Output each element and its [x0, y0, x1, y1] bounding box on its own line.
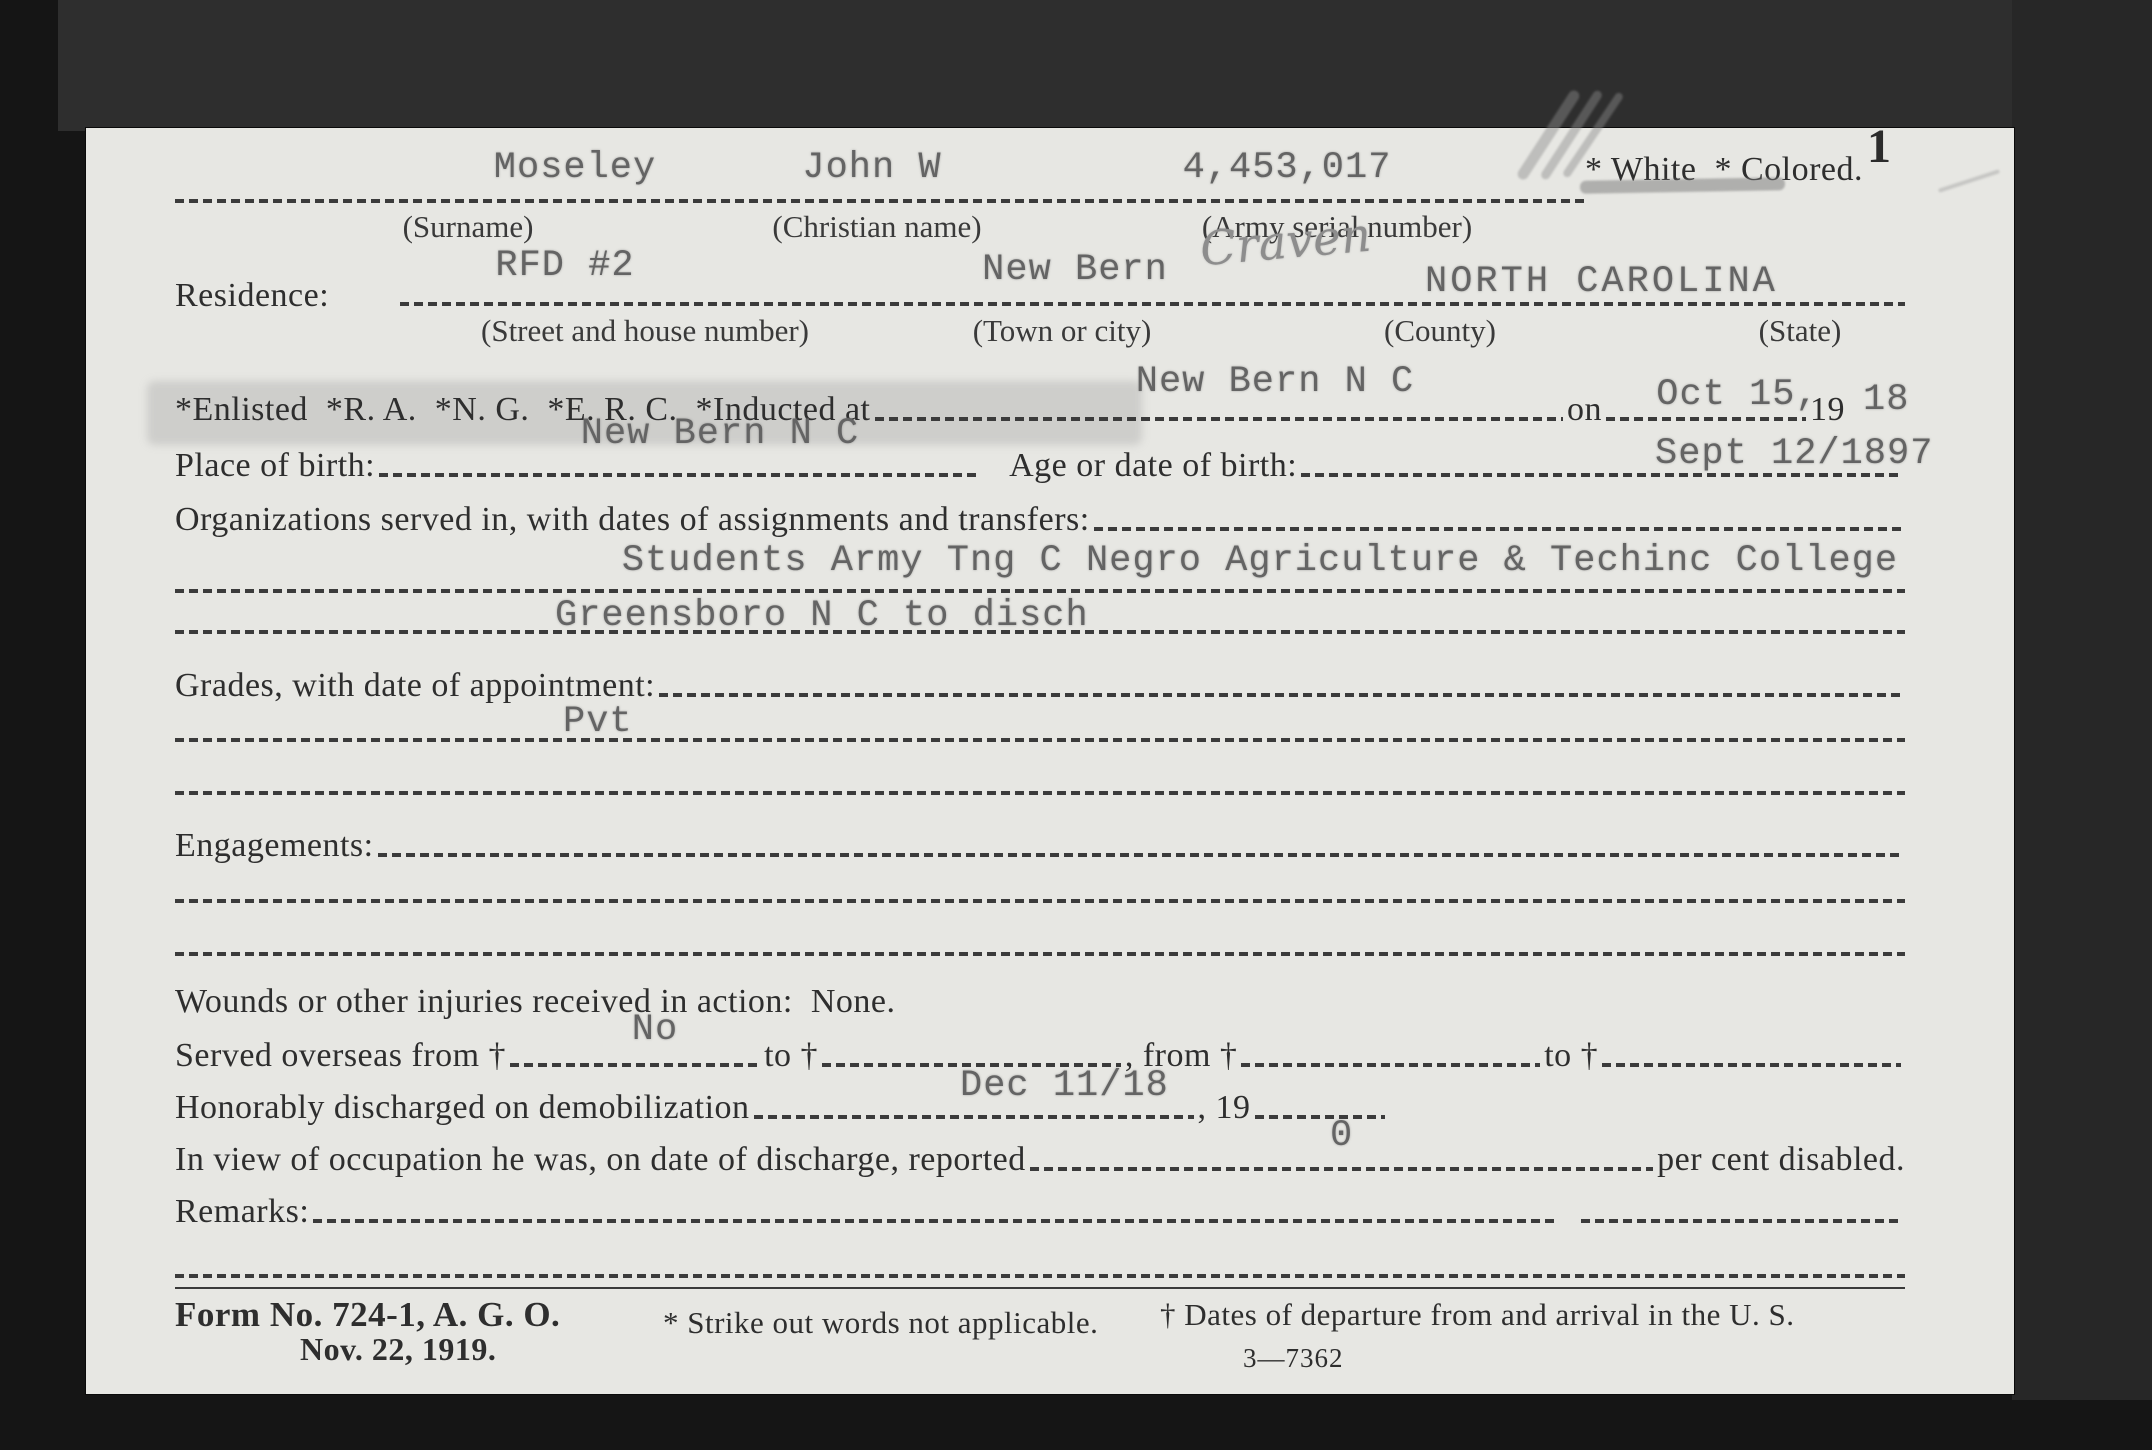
grades-row: Grades, with date of appointment:: [175, 665, 1905, 706]
blank-rule: [175, 630, 1905, 634]
wounds-row: Wounds or other injuries received in act…: [175, 983, 896, 1021]
engagements-rule: [378, 853, 1901, 857]
residence-state-value: NORTH CAROLINA: [1425, 261, 1778, 303]
organizations-label: Organizations served in, with dates of a…: [175, 499, 1090, 540]
birth-age-label: Age or date of birth:: [1009, 445, 1297, 486]
surname-value: Moseley: [435, 147, 715, 189]
wounds-value: None.: [811, 983, 896, 1020]
pencil-strike-white: [1580, 177, 1785, 194]
overseas-from1-label: Served overseas from †: [175, 1035, 506, 1076]
overseas-from1-rule: [510, 1063, 760, 1067]
residence-street-value: RFD #2: [425, 245, 705, 287]
remarks-row: Remarks:: [175, 1191, 1905, 1232]
print-code: 3—7362: [1243, 1343, 1344, 1374]
form-number: Form No. 724-1, A. G. O.: [175, 1295, 560, 1335]
disability-suffix: per cent disabled.: [1657, 1139, 1905, 1180]
scanner-backdrop-right: [2012, 0, 2152, 1400]
blank-rule: [175, 738, 1905, 742]
inducted-on-label: on: [1567, 389, 1602, 430]
birth-place-value: New Bern N C: [485, 413, 955, 455]
inducted-place-rule: [875, 417, 1563, 421]
organizations-row: Organizations served in, with dates of a…: [175, 499, 1905, 540]
discharge-label: Honorably discharged on demobilization: [175, 1087, 750, 1128]
overseas-to2-rule: [1602, 1063, 1901, 1067]
residence-county-label: (County): [1330, 313, 1550, 349]
birth-place-rule: [379, 473, 979, 477]
year-typed-value: 18: [1863, 379, 1909, 421]
disability-label: In view of occupation he was, on date of…: [175, 1139, 1026, 1180]
grades-value: Pvt: [563, 701, 633, 743]
residence-street-label: (Street and house number): [475, 313, 815, 349]
christian-name-label: (Christian name): [725, 209, 1029, 245]
blank-rule: [175, 791, 1905, 795]
pencil-mark-small: [1938, 169, 2000, 193]
residence-label: Residence:: [175, 277, 329, 315]
record-card: 1 Moseley John W 4,453,017 * White * Col…: [85, 127, 2015, 1395]
dagger-note: † Dates of departure from and arrival in…: [1160, 1297, 1794, 1333]
overseas-from2-rule: [1241, 1063, 1540, 1067]
disability-row: In view of occupation he was, on date of…: [175, 1139, 1905, 1180]
residence-town-value: New Bern: [945, 249, 1205, 291]
grades-rule: [659, 693, 1901, 697]
footer-divider-rule: [175, 1287, 1905, 1289]
overseas-from1-value: No: [600, 1009, 710, 1051]
scanned-service-record: { "page": {"number": "1"}, "header": { "…: [0, 0, 2152, 1450]
blank-rule: [175, 952, 1905, 956]
christian-name-value: John W: [735, 147, 1009, 189]
organizations-rule: [1094, 527, 1901, 531]
remarks-rule-2: [1581, 1219, 1901, 1223]
birth-row: Place of birth: Age or date of birth:: [175, 445, 1905, 486]
overseas-to1-label: to †: [764, 1035, 818, 1076]
blank-rule: [175, 899, 1905, 903]
remarks-rule: [313, 1219, 1555, 1223]
inducted-date-value: Oct 15,: [1630, 374, 1845, 416]
scanner-backdrop-top: [58, 0, 2152, 131]
disability-value: 0: [1330, 1115, 1353, 1157]
discharge-date-value: Dec 11/18: [960, 1065, 1169, 1107]
blank-rule: [175, 1274, 1905, 1278]
strike-out-note: * Strike out words not applicable.: [663, 1305, 1098, 1341]
engagements-row: Engagements:: [175, 825, 1905, 866]
blank-rule: [175, 589, 1905, 593]
surname-label: (Surname): [325, 209, 611, 245]
name-line-rule: [175, 199, 1585, 203]
serial-number-value: 4,453,017: [1125, 147, 1449, 189]
residence-state-label: (State): [1690, 313, 1910, 349]
discharge-year-label: , 19: [1198, 1087, 1251, 1128]
birth-place-label: Place of birth:: [175, 445, 375, 486]
overseas-to2-label: to †: [1544, 1035, 1598, 1076]
discharge-year-rule: [1255, 1115, 1385, 1119]
disability-rule: [1030, 1167, 1653, 1171]
engagements-label: Engagements:: [175, 825, 374, 866]
page-number: 1: [1867, 119, 1891, 174]
inducted-date-rule: [1606, 417, 1806, 421]
inducted-place-value: New Bern N C: [1060, 361, 1490, 403]
organizations-line1-value: Students Army Tng C Negro Agriculture & …: [470, 540, 2050, 582]
remarks-label: Remarks:: [175, 1191, 309, 1232]
birth-age-value: Sept 12/1897: [1655, 433, 1933, 475]
form-date: Nov. 22, 1919.: [300, 1331, 496, 1368]
discharge-date-rule: [754, 1115, 1194, 1119]
residence-town-label: (Town or city): [932, 313, 1192, 349]
